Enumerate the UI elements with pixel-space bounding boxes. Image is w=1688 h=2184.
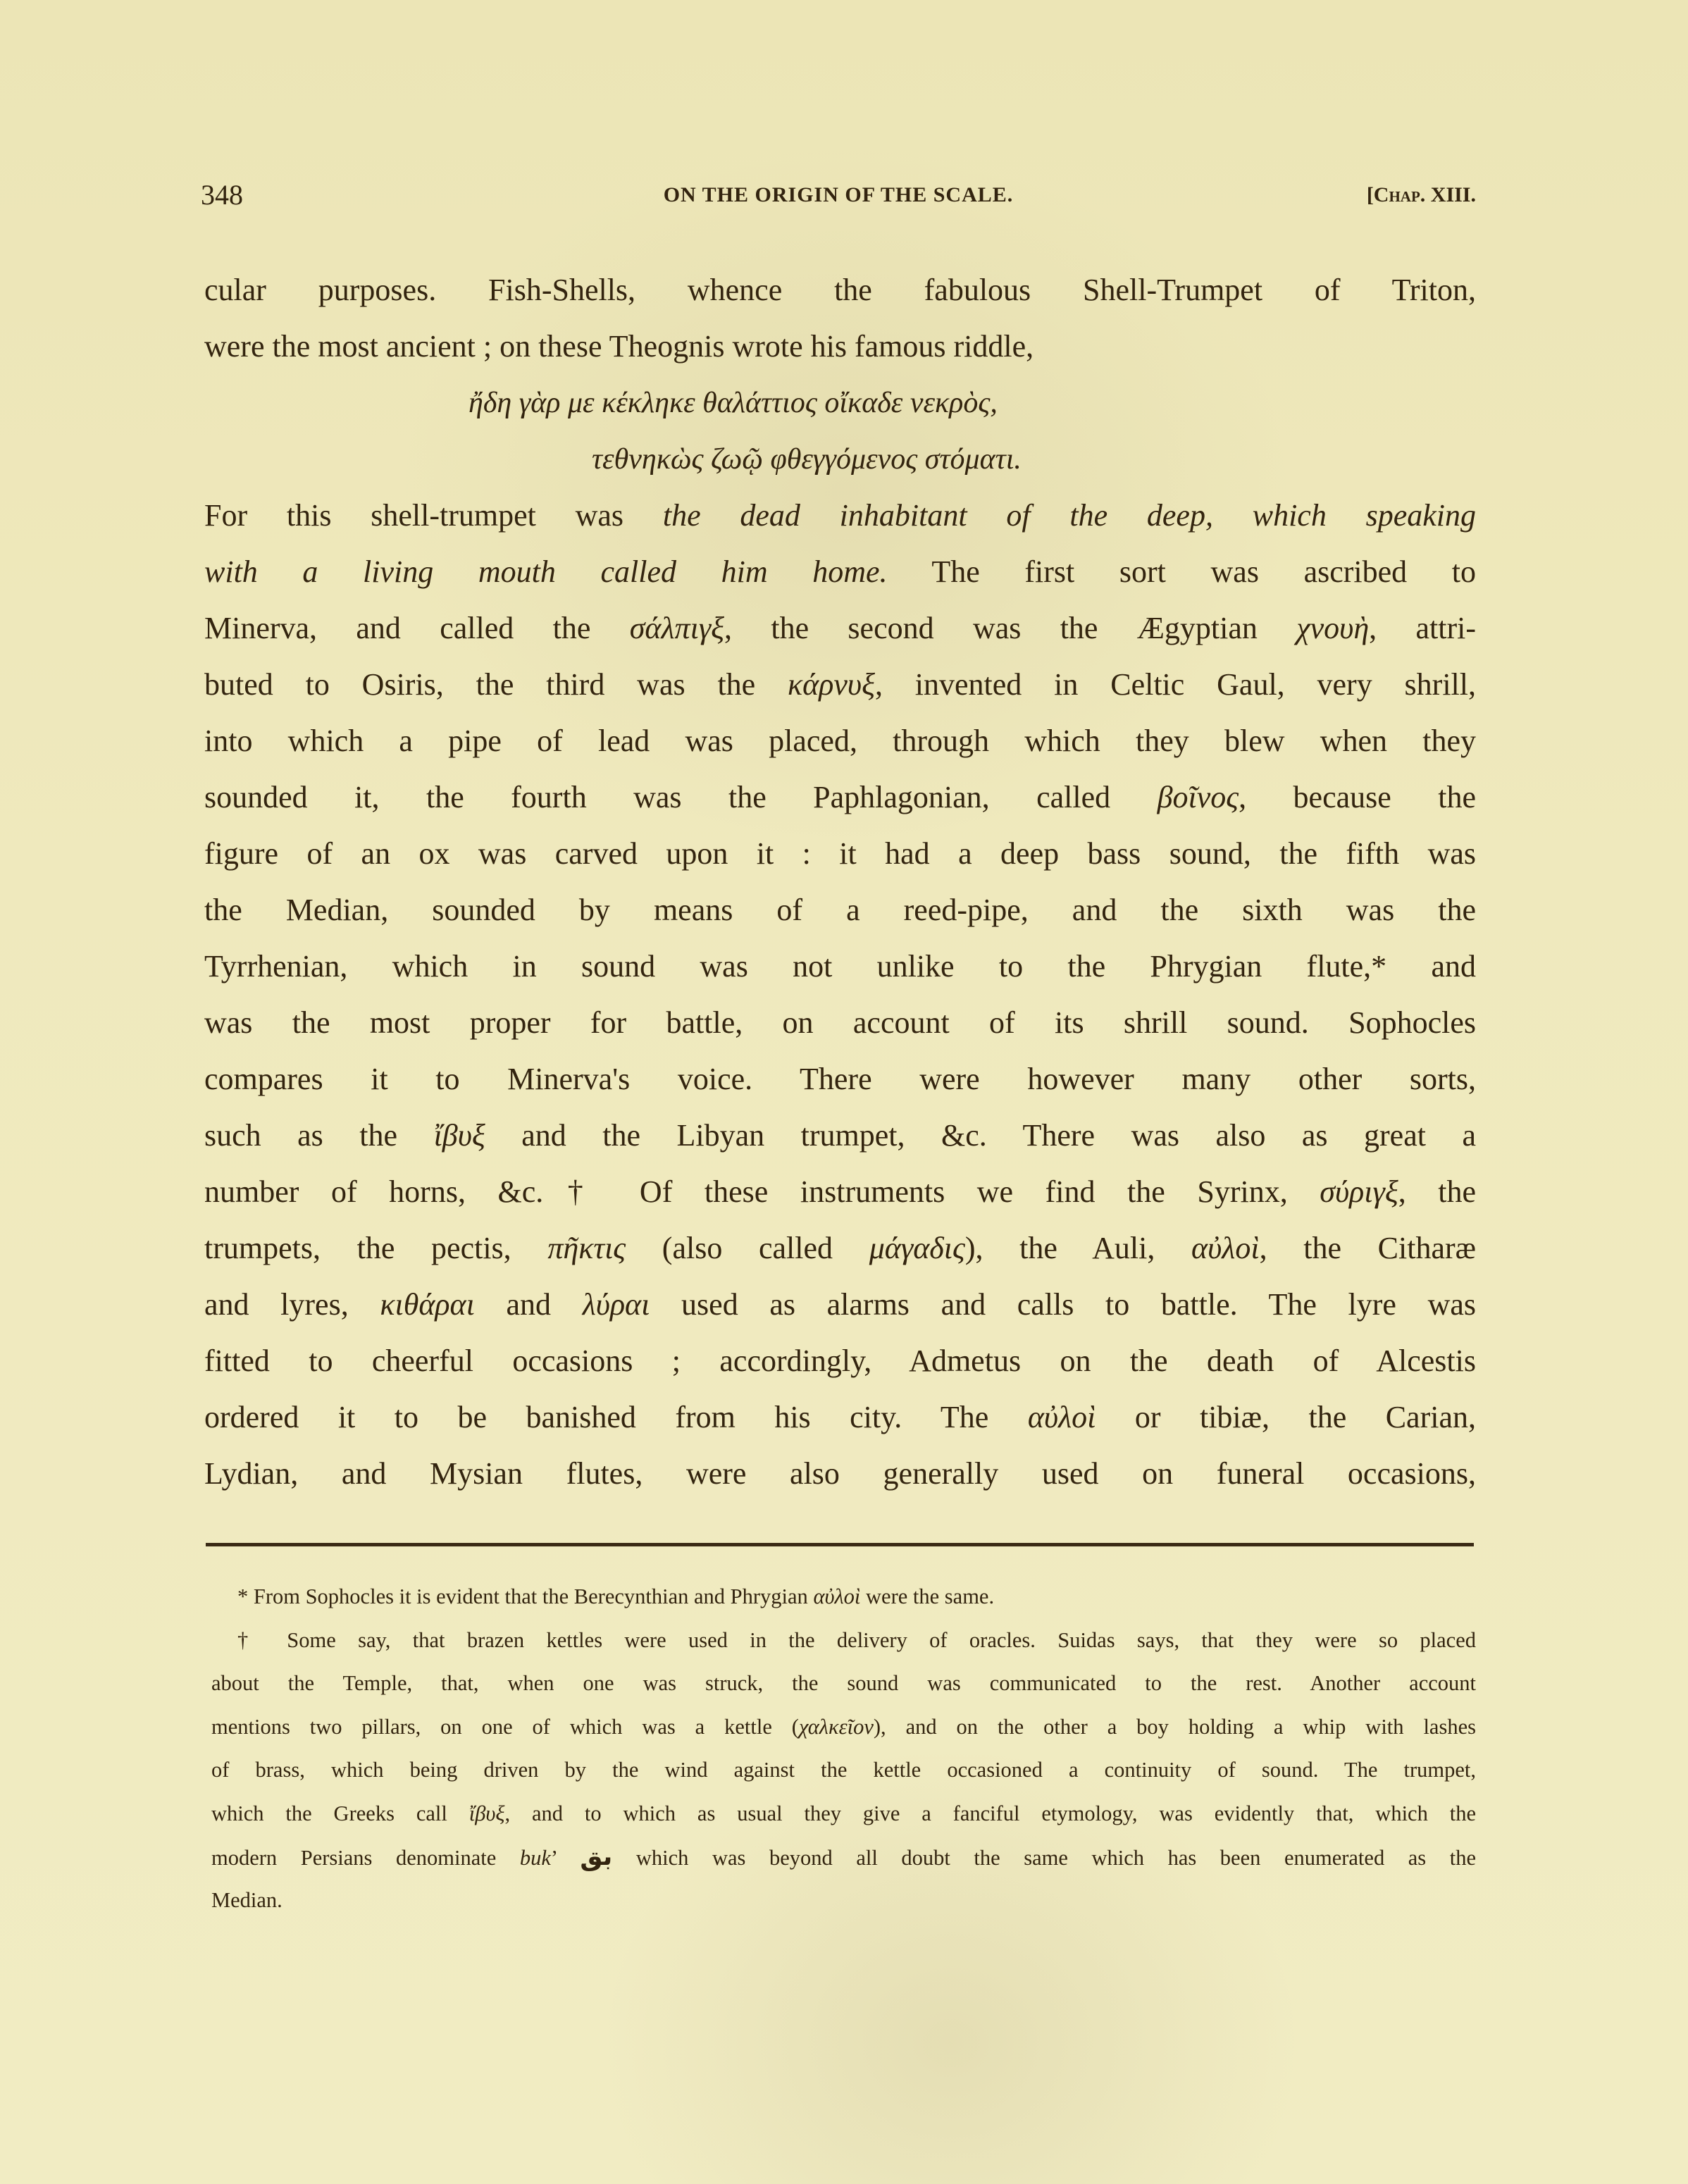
running-header: 348 ON THE ORIGIN OF THE SCALE. [Chap. X… [201, 178, 1476, 213]
footnote-line: which the Greeks call ἴβυξ, and to which… [211, 1792, 1476, 1836]
text-span: , attri- [1369, 611, 1476, 645]
greek-word: κάρνυξ [788, 667, 875, 702]
text-span: and [475, 1287, 583, 1322]
footnote-asterisk: * From Sophocles it is evident that the … [211, 1575, 1476, 1619]
text-span: and the Libyan trumpet, &c. There was al… [485, 1118, 1476, 1153]
greek-verse-line: ἤδη γὰρ με κέκληκε θαλάττιος οἴκαδε νεκρ… [468, 375, 998, 431]
greek-word: ἴβυξ [434, 1118, 485, 1153]
text-span: (also called [626, 1231, 869, 1265]
footnote-line: Median. [211, 1879, 1476, 1923]
italic-quote: with a living mouth called him home. [204, 554, 888, 589]
text-span: * From Sophocles it is evident that the … [237, 1584, 813, 1608]
main-text: cular purposes. Fish-Shells, whence the … [204, 262, 1476, 1502]
text-line: Minerva, and called the σάλπιγξ, the sec… [204, 600, 1476, 657]
text-span: were the same. [860, 1584, 994, 1608]
text-line: and lyres, κιθάραι and λύραι used as ala… [204, 1277, 1476, 1333]
text-span: buted to Osiris, the third was the [204, 667, 788, 702]
text-line: buted to Osiris, the third was the κάρνυ… [204, 657, 1476, 713]
text-line: Tyrrhenian, which in sound was not unlik… [204, 938, 1476, 995]
greek-word: χαλκεῖον [799, 1715, 874, 1739]
text-span: modern Persians denominate [211, 1846, 520, 1870]
text-span: trumpets, the pectis, [204, 1231, 547, 1265]
text-line: cular purposes. Fish-Shells, whence the … [204, 262, 1476, 318]
text-span: , and to which as usual they give a fanc… [504, 1801, 1476, 1825]
text-span: which the Greeks call [211, 1801, 469, 1825]
footnote-divider [206, 1543, 1474, 1546]
greek-word: λύραι [583, 1287, 650, 1322]
text-line: Lydian, and Mysian flutes, were also gen… [204, 1446, 1476, 1502]
greek-word: κιθάραι [380, 1287, 475, 1322]
chapter-reference: [Chap. XIII. [1367, 179, 1476, 211]
text-span: which was beyond all doubt the same whic… [612, 1846, 1476, 1870]
greek-word: αὐλοὶ [1028, 1400, 1096, 1434]
book-page: 348 ON THE ORIGIN OF THE SCALE. [Chap. X… [0, 0, 1688, 2184]
text-line: number of horns, &c.† Of these instrumen… [204, 1164, 1476, 1220]
text-line: was the most proper for battle, on accou… [204, 995, 1476, 1051]
greek-word: αὐλοὶ [1191, 1231, 1260, 1265]
footnote-line: about the Temple, that, when one was str… [211, 1662, 1476, 1706]
footnote-line: modern Persians denominate buk’ بق which… [211, 1835, 1476, 1879]
text-span: mentions two pillars, on one of which wa… [211, 1715, 799, 1739]
greek-word: βοῖνος [1158, 780, 1239, 814]
text-line: such as the ἴβυξ and the Libyan trumpet,… [204, 1107, 1476, 1164]
text-span: , the second was the Ægyptian [724, 611, 1296, 645]
text-line: For this shell-trumpet was the dead inha… [204, 488, 1476, 544]
text-span: Minerva, and called the [204, 611, 630, 645]
text-line: trumpets, the pectis, πῆκτις (also calle… [204, 1220, 1476, 1277]
text-span: , because the [1239, 780, 1476, 814]
text-span: , the Citharæ [1260, 1231, 1476, 1265]
greek-word: σύριγξ [1320, 1174, 1398, 1209]
text-span: ), and on the other a boy holding a whip… [874, 1715, 1476, 1739]
greek-word: χνουὴ [1296, 611, 1369, 645]
text-line: were the most ancient ; on these Theogni… [204, 318, 1476, 375]
text-span: ), the Auli, [965, 1231, 1191, 1265]
greek-word: ἴβυξ [469, 1801, 505, 1825]
footnote-line: of brass, which being driven by the wind… [211, 1749, 1476, 1792]
footnote-dagger: † Some say, that brazen kettles were use… [211, 1619, 1476, 1663]
text-span: or tibiæ, the Carian, [1096, 1400, 1476, 1434]
text-line: the Median, sounded by means of a reed-p… [204, 882, 1476, 938]
greek-verse-line: τεθνηκὼς ζωῷ φθεγγόμενος στόματι. [592, 431, 1022, 488]
text-span: ordered it to be banished from his city.… [204, 1400, 1028, 1434]
greek-word: μάγαδις [869, 1231, 965, 1265]
italic-word: buk [520, 1846, 551, 1870]
text-span: For this shell-trumpet was [204, 498, 663, 533]
arabic-word: بق [580, 1842, 612, 1871]
text-line: sounded it, the fourth was the Paphlagon… [204, 769, 1476, 826]
text-span: used as alarms and calls to battle. The … [650, 1287, 1476, 1322]
text-line: with a living mouth called him home. The… [204, 544, 1476, 600]
text-span: , the [1398, 1174, 1476, 1209]
text-span: such as the [204, 1118, 434, 1153]
greek-word: σάλπιγξ [630, 611, 724, 645]
text-line: ordered it to be banished from his city.… [204, 1389, 1476, 1446]
greek-word: πῆκτις [547, 1231, 626, 1265]
text-line: into which a pipe of lead was placed, th… [204, 713, 1476, 769]
text-span: number of horns, &c.† Of these instrumen… [204, 1174, 1320, 1209]
text-span: and lyres, [204, 1287, 380, 1322]
footnotes: * From Sophocles it is evident that the … [211, 1575, 1476, 1922]
text-line: compares it to Minerva's voice. There we… [204, 1051, 1476, 1107]
greek-verse: ἤδη γὰρ με κέκληκε θαλάττιος οἴκαδε νεκρ… [204, 375, 1476, 488]
text-span: sounded it, the fourth was the Paphlagon… [204, 780, 1158, 814]
greek-word: αὐλοὶ [813, 1584, 860, 1608]
italic-quote: the dead inhabitant of the deep, which s… [663, 498, 1476, 533]
running-title: ON THE ORIGIN OF THE SCALE. [201, 179, 1476, 211]
text-span: The first sort was ascribed to [888, 554, 1476, 589]
text-line: fitted to cheerful occasions ; according… [204, 1333, 1476, 1389]
footnote-line: mentions two pillars, on one of which wa… [211, 1706, 1476, 1749]
text-line: figure of an ox was carved upon it : it … [204, 826, 1476, 882]
text-span: , invented in Celtic Gaul, very shrill, [875, 667, 1476, 702]
